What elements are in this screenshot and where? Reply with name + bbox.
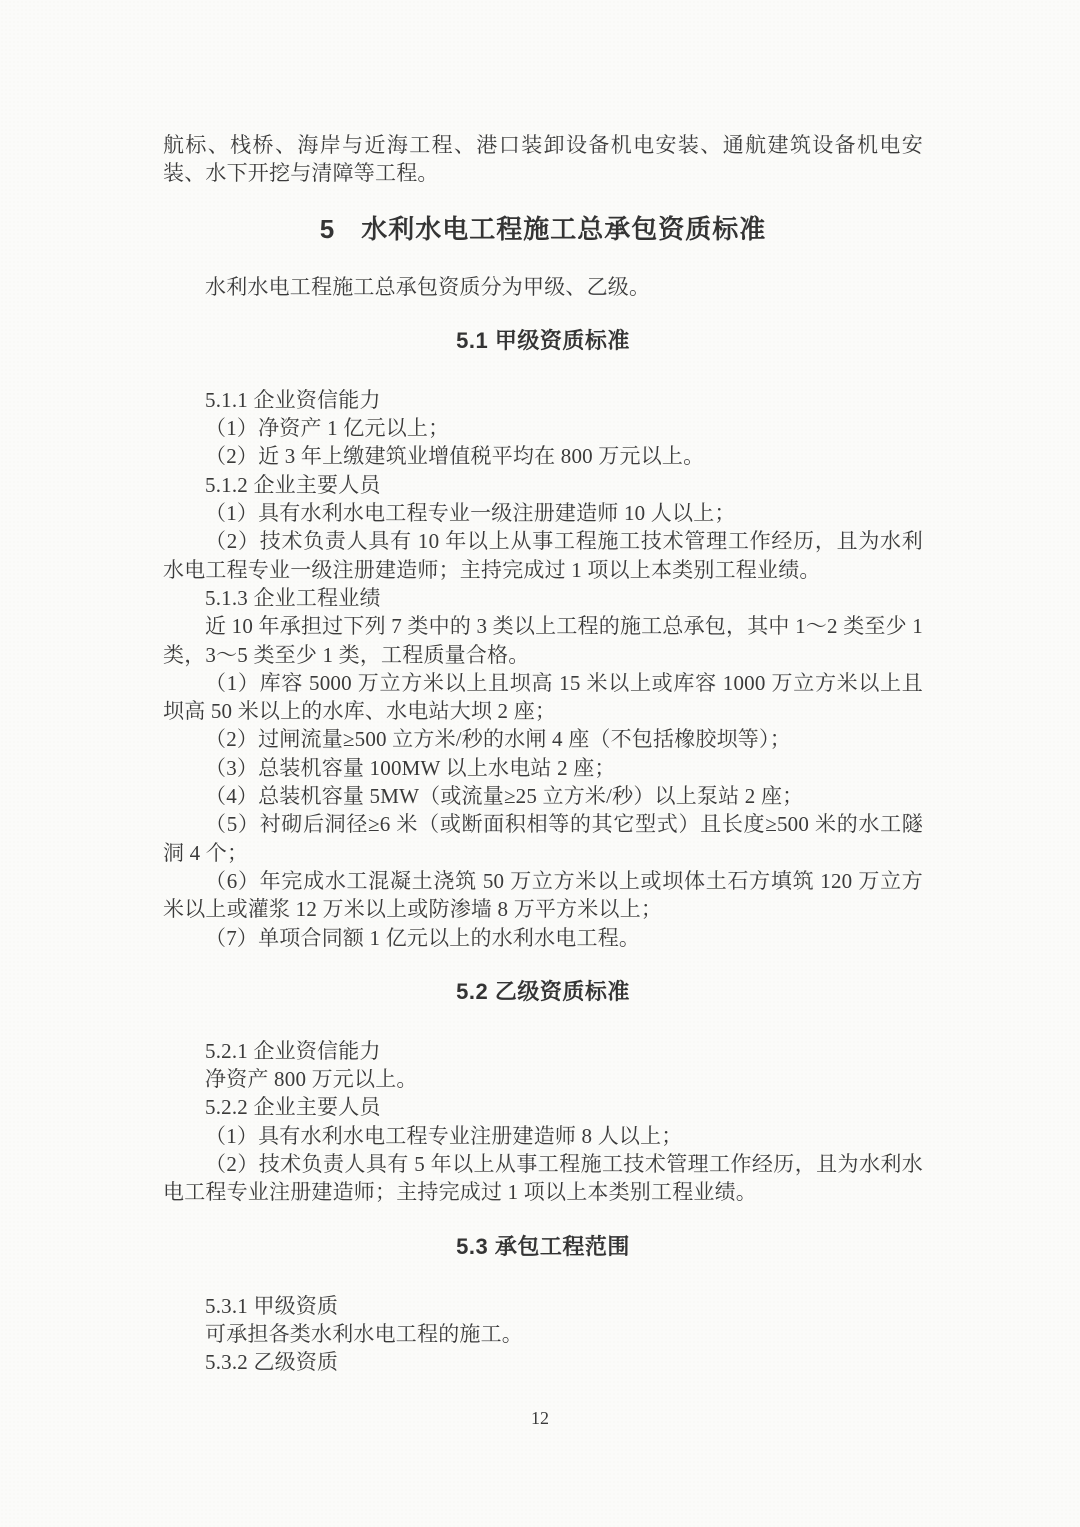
- paragraph: （2）技术负责人具有 5 年以上从事工程施工技术管理工作经历，且为水利水电工程专…: [163, 1150, 923, 1207]
- document-body: 航标、栈桥、海岸与近海工程、港口装卸设备机电安装、通航建筑设备机电安装、水下开挖…: [163, 131, 923, 1377]
- paragraph: （3）总装机容量 100MW 以上水电站 2 座；: [163, 754, 923, 782]
- chapter-number: 5: [320, 214, 335, 244]
- paragraph: 净资产 800 万元以上。: [163, 1065, 923, 1093]
- paragraph: （6）年完成水工混凝土浇筑 50 万立方米以上或坝体土石方填筑 120 万立方米…: [163, 867, 923, 924]
- paragraph-5-2-2: 5.2.2 企业主要人员: [163, 1093, 923, 1121]
- paragraph: （2）近 3 年上缴建筑业增值税平均在 800 万元以上。: [163, 442, 923, 470]
- paragraph: （5）衬砌后洞径≥6 米（或断面积相等的其它型式）且长度≥500 米的水工隧洞 …: [163, 810, 923, 867]
- paragraph: （1）净资产 1 亿元以上；: [163, 414, 923, 442]
- paragraph: （7）单项合同额 1 亿元以上的水利水电工程。: [163, 924, 923, 952]
- paragraph-5-1-1: 5.1.1 企业资信能力: [163, 386, 923, 414]
- section-heading-5-3: 5.3 承包工程范围: [163, 1233, 923, 1261]
- chapter-heading: 5水利水电工程施工总承包资质标准: [163, 212, 923, 246]
- paragraph: 可承担各类水利水电工程的施工。: [163, 1320, 923, 1348]
- paragraph-5-1-2: 5.1.2 企业主要人员: [163, 471, 923, 499]
- paragraph: （1）具有水利水电工程专业注册建造师 8 人以上；: [163, 1122, 923, 1150]
- paragraph: （2）技术负责人具有 10 年以上从事工程施工技术管理工作经历，且为水利水电工程…: [163, 527, 923, 584]
- paragraph: （1）库容 5000 万立方米以上且坝高 15 米以上或库容 1000 万立方米…: [163, 669, 923, 726]
- section-heading-5-1: 5.1 甲级资质标准: [163, 327, 923, 355]
- chapter-title: 水利水电工程施工总承包资质标准: [361, 214, 766, 244]
- paragraph: （2）过闸流量≥500 立方米/秒的水闸 4 座（不包括橡胶坝等）；: [163, 725, 923, 753]
- paragraph: 近 10 年承担过下列 7 类中的 3 类以上工程的施工总承包，其中 1～2 类…: [163, 612, 923, 669]
- paragraph: （4）总装机容量 5MW（或流量≥25 立方米/秒）以上泵站 2 座；: [163, 782, 923, 810]
- paragraph: （1）具有水利水电工程专业一级注册建造师 10 人以上；: [163, 499, 923, 527]
- paragraph-5-3-2: 5.3.2 乙级资质: [163, 1348, 923, 1376]
- paragraph-5-2-1: 5.2.1 企业资信能力: [163, 1037, 923, 1065]
- paragraph-5-3-1: 5.3.1 甲级资质: [163, 1292, 923, 1320]
- paragraph-continuation: 航标、栈桥、海岸与近海工程、港口装卸设备机电安装、通航建筑设备机电安装、水下开挖…: [163, 131, 923, 188]
- document-page: 航标、栈桥、海岸与近海工程、港口装卸设备机电安装、通航建筑设备机电安装、水下开挖…: [0, 0, 1080, 1527]
- section-heading-5-2: 5.2 乙级资质标准: [163, 978, 923, 1006]
- chapter-intro-paragraph: 水利水电工程施工总承包资质分为甲级、乙级。: [163, 273, 923, 301]
- page-number: 12: [0, 1408, 1080, 1429]
- paragraph-5-1-3: 5.1.3 企业工程业绩: [163, 584, 923, 612]
